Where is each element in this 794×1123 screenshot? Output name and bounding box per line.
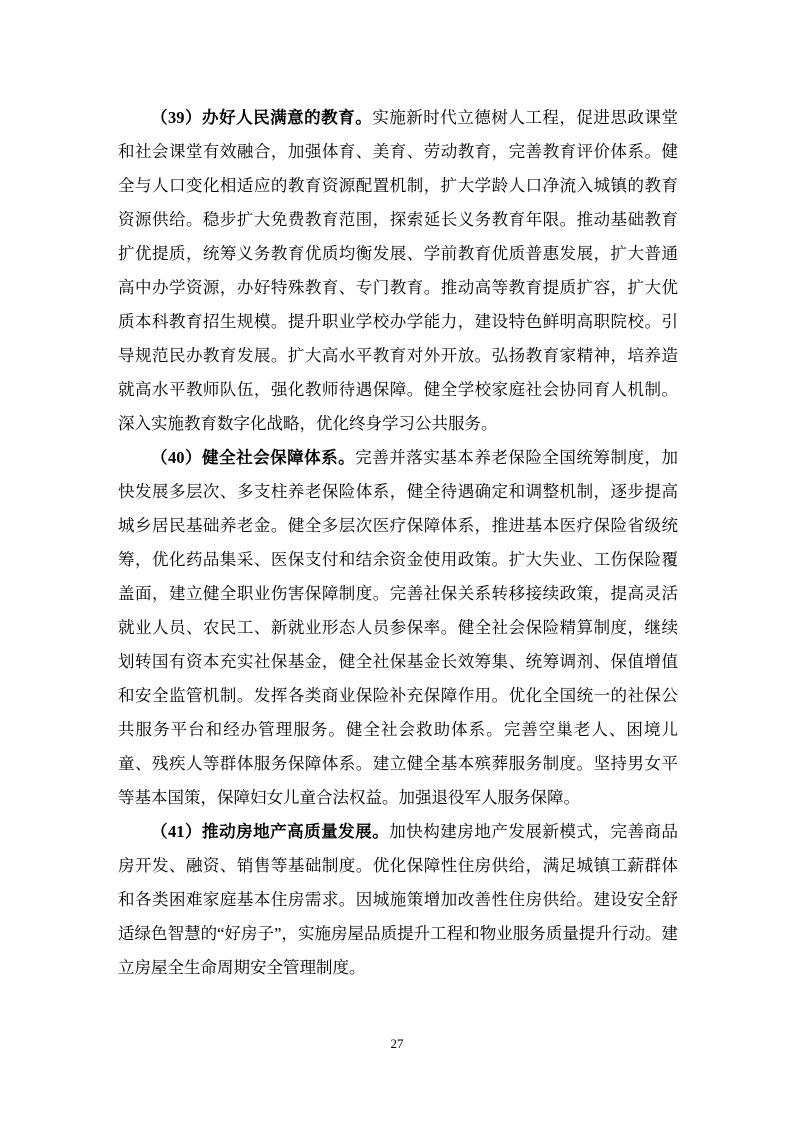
paragraph-41-body: 加快构建房地产发展新模式，完善商品房开发、融资、销售等基础制度。优化保障性住房供… [118, 822, 678, 977]
paragraph-39-heading: （39）办好人民满意的教育。 [151, 108, 372, 127]
paragraph-41: （41）推动房地产高质量发展。加快构建房地产发展新模式，完善商品房开发、融资、销… [118, 815, 678, 985]
document-page: （39）办好人民满意的教育。实施新时代立德树人工程，促进思政课堂和社会课堂有效融… [0, 0, 794, 1123]
page-number: 27 [0, 1036, 794, 1052]
document-content: （39）办好人民满意的教育。实施新时代立德树人工程，促进思政课堂和社会课堂有效融… [118, 101, 678, 985]
paragraph-40-body: 完善并落实基本养老保险全国统筹制度，加快发展多层次、多支柱养老保险体系，健全待遇… [118, 448, 678, 807]
paragraph-39-body: 实施新时代立德树人工程，促进思政课堂和社会课堂有效融合，加强体育、美育、劳动教育… [118, 108, 678, 433]
paragraph-40: （40）健全社会保障体系。完善并落实基本养老保险全国统筹制度，加快发展多层次、多… [118, 441, 678, 815]
paragraph-41-heading: （41）推动房地产高质量发展。 [151, 822, 389, 841]
paragraph-40-heading: （40）健全社会保障体系。 [151, 448, 355, 467]
paragraph-39: （39）办好人民满意的教育。实施新时代立德树人工程，促进思政课堂和社会课堂有效融… [118, 101, 678, 441]
